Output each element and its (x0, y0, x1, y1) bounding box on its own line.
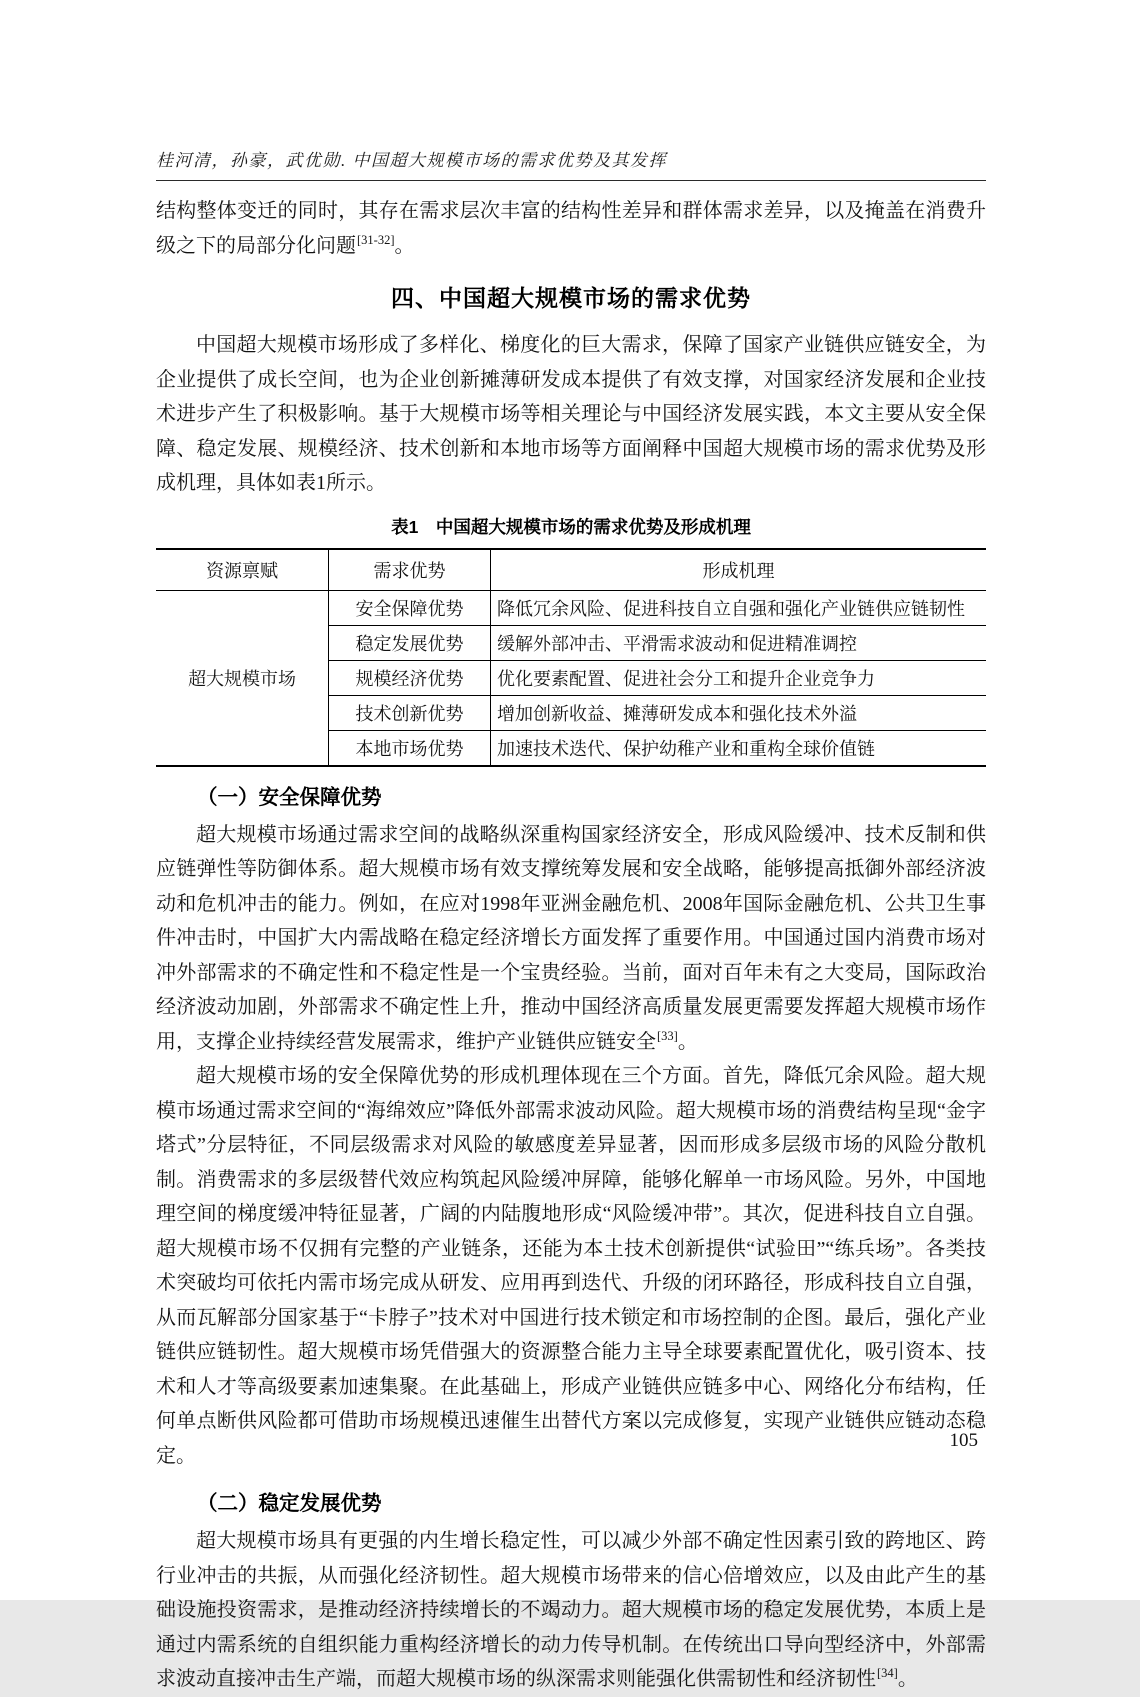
page-number: 105 (950, 1430, 979, 1452)
cell-advantage: 技术创新优势 (329, 695, 491, 730)
paragraph-text: 结构整体变迁的同时，其存在需求层次丰富的结构性差异和群体需求差异，以及掩盖在消费… (156, 200, 986, 257)
table-body: 超大规模市场 安全保障优势 降低冗余风险、促进科技自立自强和强化产业链供应链韧性… (156, 590, 986, 766)
cell-mechanism: 优化要素配置、促进社会分工和提升企业竞争力 (490, 660, 986, 695)
header-rule (156, 180, 986, 181)
citation-ref-34: [34] (877, 1666, 898, 1680)
running-head: 桂河清，孙豪，武优勋. 中国超大规模市场的需求优势及其发挥 (156, 146, 986, 180)
paragraph-text: 超大规模市场通过需求空间的战略纵深重构国家经济安全，形成风险缓冲、技术反制和供应… (156, 824, 986, 1053)
paragraph-carryover: 结构整体变迁的同时，其存在需求层次丰富的结构性差异和群体需求差异，以及掩盖在消费… (156, 194, 986, 263)
table-header-row: 资源禀赋 需求优势 形成机理 (156, 549, 986, 591)
citation-ref-31-32: [31-32] (357, 233, 395, 247)
column-header-mechanism: 形成机理 (490, 549, 986, 591)
cell-mechanism: 增加创新收益、摊薄研发成本和强化技术外溢 (490, 695, 986, 730)
table-row: 超大规模市场 安全保障优势 降低冗余风险、促进科技自立自强和强化产业链供应链韧性 (156, 590, 986, 625)
table-caption: 表1 中国超大规模市场的需求优势及形成机理 (156, 514, 986, 539)
paragraph-text: 超大规模市场具有更强的内生增长稳定性，可以减少外部不确定性因素引致的跨地区、跨行… (156, 1530, 986, 1690)
cell-advantage: 规模经济优势 (329, 660, 491, 695)
cell-mechanism: 降低冗余风险、促进科技自立自强和强化产业链供应链韧性 (490, 590, 986, 625)
cell-mechanism: 加速技术迭代、保护幼稚产业和重构全球价值链 (490, 730, 986, 766)
paragraph-security-2: 超大规模市场的安全保障优势的形成机理体现在三个方面。首先，降低冗余风险。超大规模… (156, 1059, 986, 1473)
paragraph-lead: 中国超大规模市场形成了多样化、梯度化的巨大需求，保障了国家产业链供应链安全，为企… (156, 328, 986, 501)
subsection-1-heading: （一）安全保障优势 (156, 780, 986, 810)
paragraph-tail: 。 (898, 1668, 918, 1690)
column-header-advantage: 需求优势 (329, 549, 491, 591)
page-header: 桂河清，孙豪，武优勋. 中国超大规模市场的需求优势及其发挥 (156, 146, 986, 181)
paragraph-tail: 。 (678, 1031, 698, 1053)
row-group-label: 超大规模市场 (156, 590, 329, 766)
document-page: 桂河清，孙豪，武优勋. 中国超大规模市场的需求优势及其发挥 结构整体变迁的同时，… (0, 0, 1140, 1600)
cell-advantage: 本地市场优势 (329, 730, 491, 766)
paragraph-tail: 。 (395, 235, 415, 257)
citation-ref-33: [33] (657, 1029, 678, 1043)
section-title: 四、中国超大规模市场的需求优势 (156, 280, 986, 313)
cell-advantage: 稳定发展优势 (329, 625, 491, 660)
table-1: 资源禀赋 需求优势 形成机理 超大规模市场 安全保障优势 降低冗余风险、促进科技… (156, 548, 986, 767)
cell-advantage: 安全保障优势 (329, 590, 491, 625)
page-content: 结构整体变迁的同时，其存在需求层次丰富的结构性差异和群体需求差异，以及掩盖在消费… (156, 194, 986, 1697)
paragraph-stability-1: 超大规模市场具有更强的内生增长稳定性，可以减少外部不确定性因素引致的跨地区、跨行… (156, 1524, 986, 1697)
paragraph-security-1: 超大规模市场通过需求空间的战略纵深重构国家经济安全，形成风险缓冲、技术反制和供应… (156, 818, 986, 1060)
cell-mechanism: 缓解外部冲击、平滑需求波动和促进精准调控 (490, 625, 986, 660)
column-header-resource: 资源禀赋 (156, 549, 329, 591)
subsection-2-heading: （二）稳定发展优势 (156, 1486, 986, 1516)
